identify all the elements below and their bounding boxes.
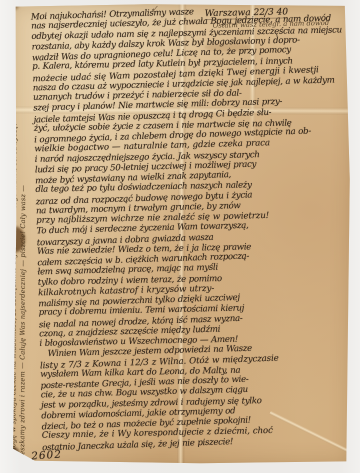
archive-number: 2602: [31, 449, 62, 463]
letter-paper: ✓ Warszawa 22/3 40 Ostatni wasz telegr. …: [7, 2, 354, 465]
photo-backdrop: ✓ Warszawa 22/3 40 Ostatni wasz telegr. …: [0, 0, 360, 473]
stain-top-left-corner: [7, 0, 19, 10]
handwriting-body: Moi najukochańsi! Otrzymaliśmy waszenas …: [31, 3, 360, 452]
margin-text-column: że mogę w spokoju czekać na wiadomość, ż…: [9, 11, 28, 463]
margin-handwritten-line: mieszkamy zdrowi i razem — Całuję Was na…: [18, 11, 28, 463]
